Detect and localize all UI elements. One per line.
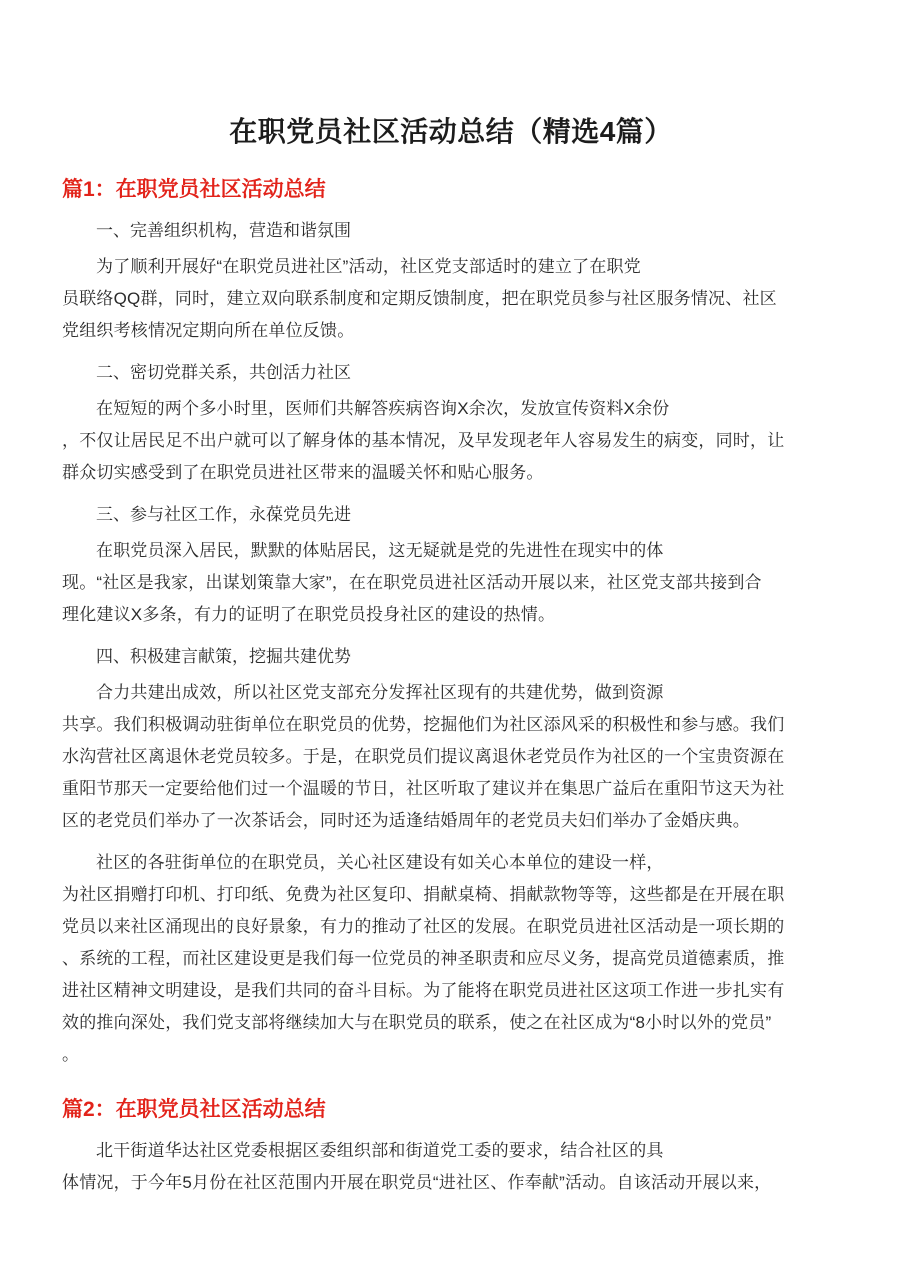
section-2-paragraph-1: 北干街道华达社区党委根据区委组织部和街道党工委的要求，结合社区的具 体情况，于今… xyxy=(62,1135,840,1199)
section-1-paragraph-5: 社区的各驻街单位的在职党员，关心社区建设有如关心本单位的建设一样， 为社区捐赠打… xyxy=(62,847,840,1071)
section-1-heading: 篇1：在职党员社区活动总结 xyxy=(62,175,840,205)
section-1-paragraph-1: 为了顺利开展好“在职党员进社区”活动，社区党支部适时的建立了在职党 员联络QQ群… xyxy=(62,251,840,347)
section-1-paragraph-2: 在短短的两个多小时里，医师们共解答疾病咨询X余次，发放宣传资料X余份 ，不仅让居… xyxy=(62,393,840,489)
section-2-heading: 篇2：在职党员社区活动总结 xyxy=(62,1095,840,1125)
section-1-paragraph-3: 在职党员深入居民，默默的体贴居民，这无疑就是党的先进性在现实中的体 现。“社区是… xyxy=(62,535,840,631)
document-page: 在职党员社区活动总结（精选4篇） 篇1：在职党员社区活动总结 一、完善组织机构，… xyxy=(0,0,900,1249)
section-1-paragraph-4: 合力共建出成效，所以社区党支部充分发挥社区现有的共建优势，做到资源 共享。我们积… xyxy=(62,677,840,837)
document-title: 在职党员社区活动总结（精选4篇） xyxy=(62,113,840,151)
section-1-subheading-1: 一、完善组织机构，营造和谐氛围 xyxy=(62,215,840,247)
section-1-subheading-4: 四、积极建言献策，挖掘共建优势 xyxy=(62,641,840,673)
section-1-subheading-3: 三、参与社区工作，永葆党员先进 xyxy=(62,499,840,531)
section-1-subheading-2: 二、密切党群关系，共创活力社区 xyxy=(62,357,840,389)
